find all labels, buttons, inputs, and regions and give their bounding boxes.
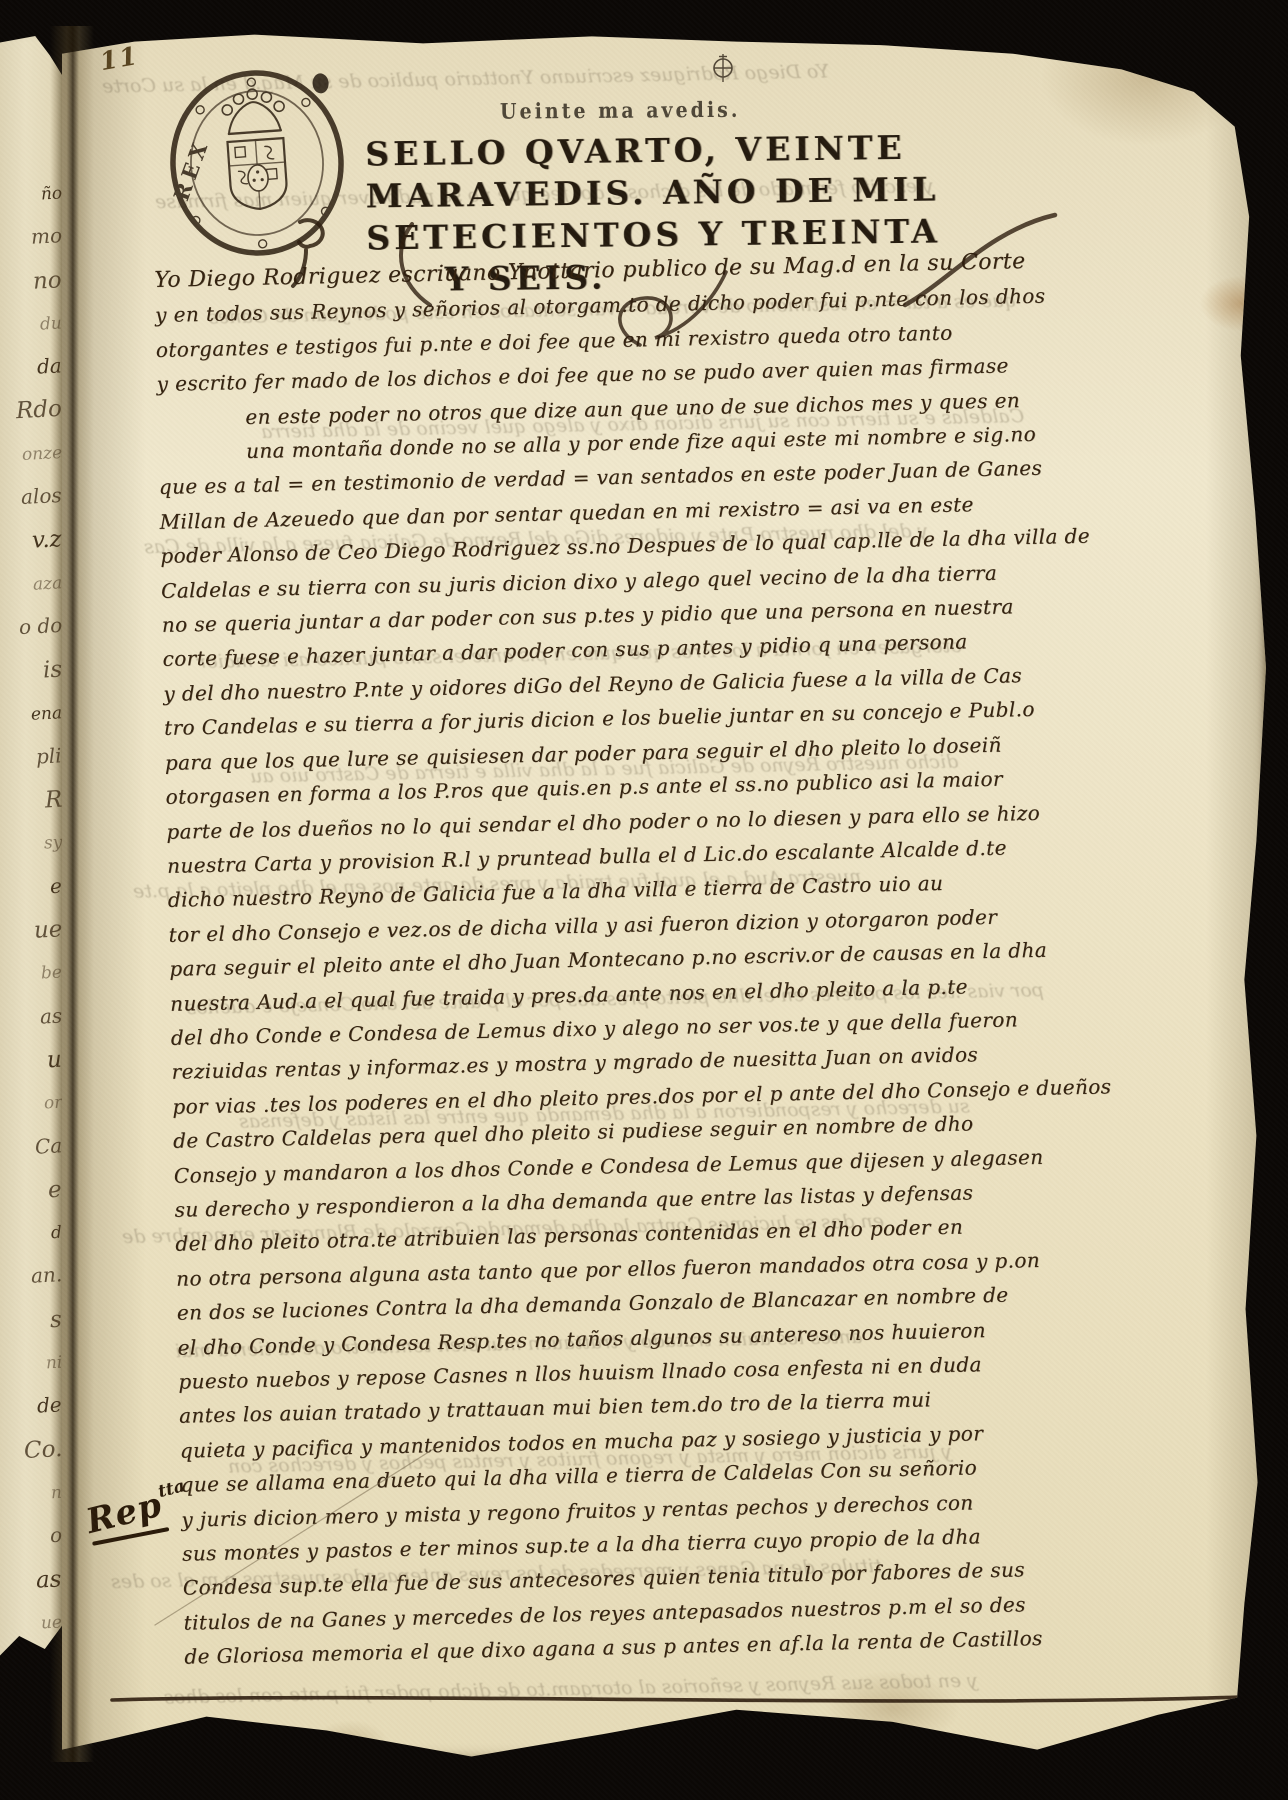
previous-page-fragment: ño bbox=[40, 185, 62, 203]
manuscript-page: Yo Diego Rodriguez escriuano Ynottario p… bbox=[62, 26, 1266, 1760]
previous-page-fragment: as bbox=[36, 1568, 63, 1592]
previous-page-fragment: as bbox=[39, 1005, 62, 1026]
previous-page-fragment: de bbox=[37, 1395, 63, 1416]
previous-page-fragment: ena bbox=[30, 705, 62, 724]
previous-page-fragment: Rdo bbox=[16, 398, 63, 423]
previous-page-fragment: is bbox=[42, 659, 62, 683]
previous-page-fragment: be bbox=[41, 965, 63, 983]
previous-page-edge: ñomonodudaRdoonzealosv.zazao doisenapliR… bbox=[0, 36, 64, 1662]
previous-page-fragment: aza bbox=[32, 575, 62, 594]
previous-page-fragment: e bbox=[48, 1178, 63, 1202]
previous-page-fragment: R bbox=[44, 789, 63, 813]
previous-page-fragment: no bbox=[33, 269, 63, 293]
previous-page-fragment: s bbox=[50, 1308, 63, 1332]
previous-page-fragment: ue bbox=[33, 918, 63, 942]
folio-number: 11 bbox=[98, 41, 141, 76]
margin-note-superscript: tta bbox=[156, 1476, 187, 1502]
previous-page-fragment: da bbox=[37, 356, 63, 377]
previous-page-fragment: alos bbox=[21, 485, 63, 507]
tax-heading-script: Ueinte ma avedis. bbox=[500, 98, 741, 125]
bleedthrough-line: y en todos sus Reynos y señorios al otor… bbox=[164, 1669, 978, 1708]
previous-page-fragment: an. bbox=[30, 1265, 62, 1287]
previous-page-fragment: sy bbox=[43, 835, 62, 853]
previous-page-fragment: mo bbox=[30, 225, 62, 247]
previous-page-fragment: Ca bbox=[34, 1135, 62, 1156]
previous-page-fragment: ni bbox=[45, 1355, 62, 1373]
orb-cross-icon bbox=[710, 52, 736, 82]
previous-page-fragment: onze bbox=[21, 445, 62, 464]
previous-page-fragment: pli bbox=[36, 745, 63, 766]
previous-page-fragment: o bbox=[49, 1525, 62, 1546]
manuscript-text: Yo Diego Rodriguez escriuano Ynottario p… bbox=[154, 243, 1130, 1674]
previous-page-fragment: Co. bbox=[23, 1438, 63, 1463]
royal-arms-seal-stamp: REX bbox=[168, 66, 346, 260]
previous-page-fragment: d bbox=[51, 1225, 63, 1243]
photographed-manuscript: ñomonodudaRdoonzealosv.zazao doisenapliR… bbox=[0, 0, 1288, 1800]
previous-page-fragment: o do bbox=[18, 615, 62, 637]
previous-page-fragment: u bbox=[47, 1049, 63, 1073]
previous-page-fragment: ue bbox=[41, 1614, 63, 1632]
margin-note: Reptta bbox=[82, 1476, 194, 1548]
previous-page-text-fragments: ñomonodudaRdoonzealosv.zazao doisenapliR… bbox=[16, 186, 62, 1632]
previous-page-fragment: du bbox=[40, 315, 63, 333]
tax-stamp-line: MARAVEDIS. AÑO DE MIL bbox=[366, 168, 941, 217]
tax-stamp-line: SELLO QVARTO, VEINTE bbox=[365, 126, 940, 175]
previous-page-fragment: or bbox=[43, 1095, 62, 1113]
previous-page-fragment: v.z bbox=[32, 529, 63, 554]
bottom-rule-line bbox=[112, 1697, 1243, 1701]
previous-page-fragment: n bbox=[51, 1485, 63, 1503]
previous-page-fragment: e bbox=[50, 875, 63, 896]
